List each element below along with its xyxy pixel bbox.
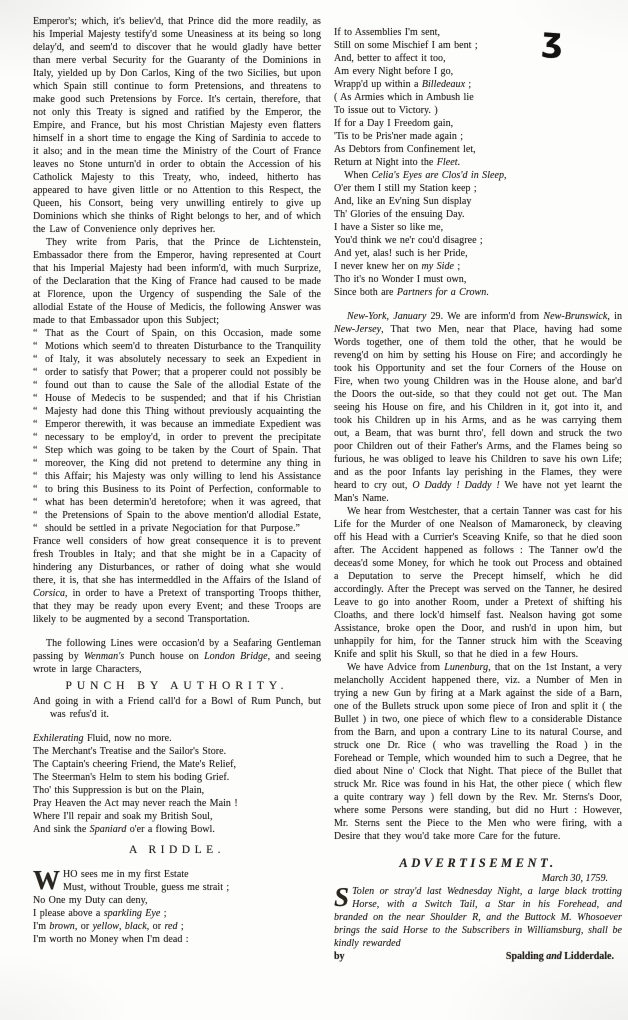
section-heading: ADVERTISEMENT. [334, 857, 622, 870]
paragraph: The following Lines were occasion'd by a… [33, 637, 321, 676]
verse-stanza: If to Assemblies I'm sent,Still on some … [334, 26, 622, 299]
section-heading: A RIDDLE. [33, 844, 321, 857]
paragraph: And going in with a Friend call'd for a … [33, 695, 321, 721]
verse-line: To issue out to Victory. ) [334, 104, 622, 117]
verse-line: Where I'll repair and soak my British So… [33, 810, 321, 823]
signature-line: bySpalding and Lidderdale. [334, 950, 622, 963]
verse-line: Tho it's no Wonder I must own, [334, 273, 622, 286]
verse-line: Since both are Partners for a Crown. [334, 286, 622, 299]
left-column: Emperor's; which, it's believ'd, that Pr… [33, 15, 321, 963]
paragraph: We hear from Westchester, that a certain… [334, 505, 622, 661]
signature-by: by [334, 950, 345, 963]
verse-line: The Captain's cheering Friend, the Mate'… [33, 758, 321, 771]
verse-line: Tho' this Suppression is but on the Plai… [33, 784, 321, 797]
verse-line: Wrapp'd up within a Billedeaux ; [334, 78, 622, 91]
paragraph: They write from Paris, that the Prince d… [33, 236, 321, 327]
quoted-passage: That as the Court of Spain, on this Occa… [33, 327, 321, 535]
verse-line: HO sees me in my first Estate [33, 868, 321, 881]
verse-line: The Merchant's Treatise and the Sailor's… [33, 745, 321, 758]
drop-cap: S [334, 885, 352, 909]
verse-line: If for a Day I Freedom gain, [334, 117, 622, 130]
verse-line: 'Tis to be Pris'ner made again ; [334, 130, 622, 143]
verse-line: ( As Armies which in Ambush lie [334, 91, 622, 104]
paragraph: We have Advice from Lunenburg, that on t… [334, 661, 622, 843]
newspaper-page: ʒ Emperor's; which, it's believ'd, that … [0, 0, 628, 1020]
paragraph: Emperor's; which, it's believ'd, that Pr… [33, 15, 321, 236]
verse-line: Return at Night into the Fleet. [334, 156, 622, 169]
paragraph: STolen or stray'd last Wednesday Night, … [334, 885, 622, 950]
verse-line: Still on some Mischief I am bent ; [334, 39, 622, 52]
verse-line: I please above a sparkling Eye ; [33, 907, 321, 920]
verse-stanza: Exhilerating Fluid, now no more.The Merc… [33, 732, 321, 836]
dateline: March 30, 1759. [334, 872, 622, 885]
verse-line: I'm brown, or yellow, black, or red ; [33, 920, 321, 933]
section-heading: PUNCH BY AUTHORITY. [33, 680, 321, 693]
verse-line: Am every Night before I go, [334, 65, 622, 78]
verse-line: Pray Heaven the Act may never reach the … [33, 797, 321, 810]
drop-cap: W [33, 868, 63, 892]
verse-line: I never knew her on my Side ; [334, 260, 622, 273]
signature-names: Spalding and Lidderdale. [506, 950, 614, 963]
verse-line: And sink the Spaniard o'er a flowing Bow… [33, 823, 321, 836]
verse-line: O'er them I still my Station keep ; [334, 182, 622, 195]
verse-line: No One my Duty can deny, [33, 894, 321, 907]
verse-line: Exhilerating Fluid, now no more. [33, 732, 321, 745]
verse-line: The Steerman's Helm to stem his boding G… [33, 771, 321, 784]
verse-line: You'd think we ne'r cou'd disagree ; [334, 234, 622, 247]
verse-line: And, like an Ev'ning Sun display [334, 195, 622, 208]
verse-line: When Celia's Eyes are Clos'd in Sleep, [334, 169, 622, 182]
verse-line: I have a Sister so like me, [334, 221, 622, 234]
verse-line: Must, without Trouble, guess me strait ; [33, 881, 321, 894]
column-layout: Emperor's; which, it's believ'd, that Pr… [33, 15, 622, 963]
paragraph: New-York, January 29. We are inform'd fr… [334, 310, 622, 505]
right-column: If to Assemblies I'm sent,Still on some … [334, 15, 622, 963]
verse-line: And, better to affect it too, [334, 52, 622, 65]
verse-line: As Debtors from Confinement let, [334, 143, 622, 156]
verse-stanza: WHO sees me in my first EstateMust, with… [33, 868, 321, 946]
verse-line: Th' Glories of the ensuing Day. [334, 208, 622, 221]
verse-line: If to Assemblies I'm sent, [334, 26, 622, 39]
paragraph: France well considers of how great conse… [33, 535, 321, 626]
verse-line: And yet, alas! such is her Pride, [334, 247, 622, 260]
verse-line: I'm worth no Money when I'm dead : [33, 933, 321, 946]
